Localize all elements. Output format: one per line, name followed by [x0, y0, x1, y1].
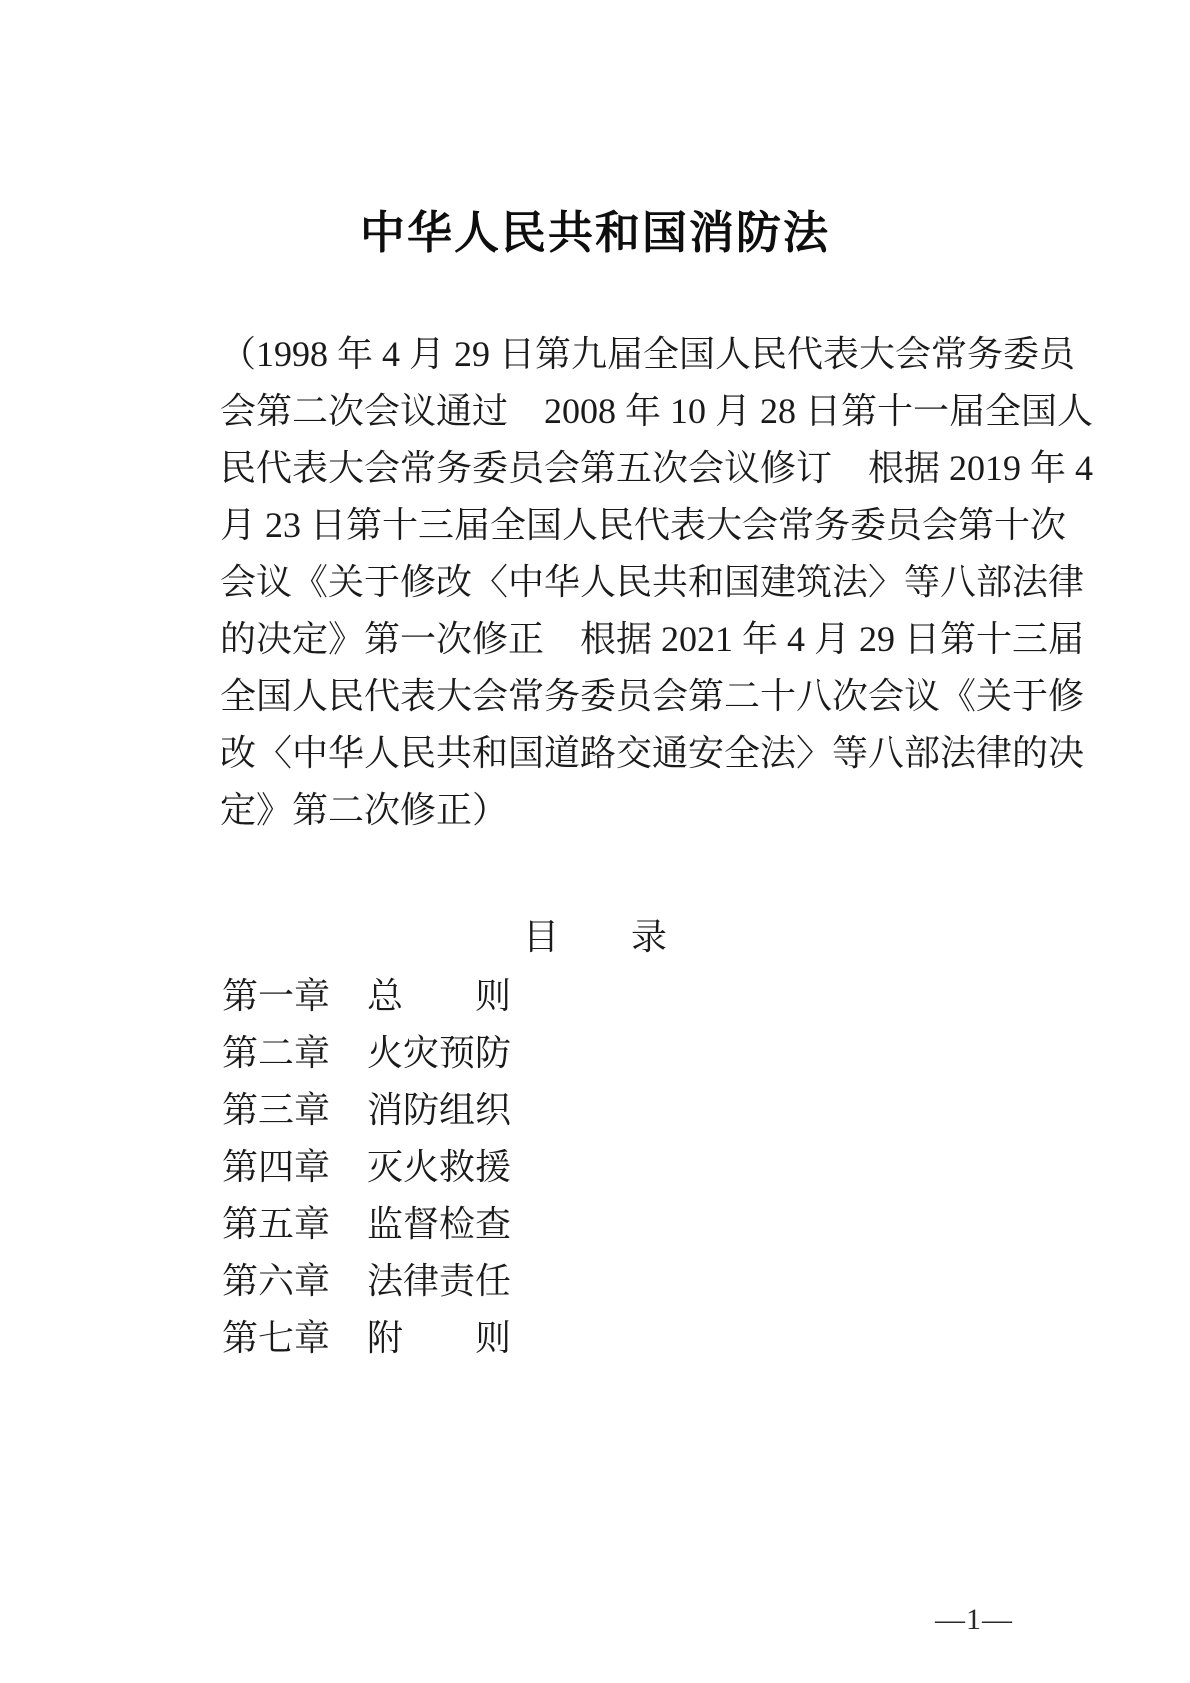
preamble-line: 会第二次会议通过 2008 年 10 月 28 日第十一届全国人	[220, 383, 995, 440]
toc-chapter-title: 灭火救援	[367, 1139, 511, 1196]
preamble-line: 定》第二次修正）	[220, 782, 995, 839]
preamble-paragraph: （1998 年 4 月 29 日第九届全国人民代表大会常务委员 会第二次会议通过…	[220, 326, 995, 839]
preamble-line: 的决定》第一次修正 根据 2021 年 4 月 29 日第十三届	[220, 611, 995, 668]
toc-item: 第三章 消防组织	[222, 1082, 511, 1139]
preamble-line: 全国人民代表大会常务委员会第二十八次会议《关于修	[220, 668, 995, 725]
toc-item: 第五章 监督检查	[222, 1196, 511, 1253]
toc-chapter-label: 第四章	[222, 1139, 330, 1196]
document-page: 中华人民共和国消防法 （1998 年 4 月 29 日第九届全国人民代表大会常务…	[0, 0, 1190, 1683]
toc-item: 第六章 法律责任	[222, 1253, 511, 1310]
toc-chapter-title: 附 则	[367, 1310, 511, 1367]
toc-chapter-label: 第一章	[222, 968, 330, 1025]
toc-item: 第一章 总 则	[222, 968, 511, 1025]
toc-chapter-title: 监督检查	[367, 1196, 511, 1253]
preamble-line: 会议《关于修改〈中华人民共和国建筑法〉等八部法律	[220, 554, 995, 611]
page-number: —1—	[935, 1602, 1013, 1638]
toc-item: 第二章 火灾预防	[222, 1025, 511, 1082]
toc-chapter-label: 第三章	[222, 1082, 330, 1139]
toc-chapter-label: 第六章	[222, 1253, 330, 1310]
preamble-line: 民代表大会常务委员会第五次会议修订 根据 2019 年 4	[220, 440, 995, 497]
toc-chapter-label: 第五章	[222, 1196, 330, 1253]
toc-list: 第一章 总 则 第二章 火灾预防 第三章 消防组织 第四章 灭火救援 第五章 监…	[222, 968, 511, 1367]
preamble-line: 改〈中华人民共和国道路交通安全法〉等八部法律的决	[220, 725, 995, 782]
toc-chapter-title: 火灾预防	[367, 1025, 511, 1082]
toc-chapter-title: 法律责任	[367, 1253, 511, 1310]
toc-heading: 目 录	[0, 912, 1190, 962]
document-title: 中华人民共和国消防法	[0, 208, 1190, 258]
toc-chapter-title: 消防组织	[367, 1082, 511, 1139]
toc-chapter-label: 第二章	[222, 1025, 330, 1082]
toc-chapter-label: 第七章	[222, 1310, 330, 1367]
preamble-line: （1998 年 4 月 29 日第九届全国人民代表大会常务委员	[220, 326, 995, 383]
preamble-line: 月 23 日第十三届全国人民代表大会常务委员会第十次	[220, 497, 995, 554]
toc-item: 第四章 灭火救援	[222, 1139, 511, 1196]
toc-item: 第七章 附 则	[222, 1310, 511, 1367]
toc-chapter-title: 总 则	[367, 968, 511, 1025]
